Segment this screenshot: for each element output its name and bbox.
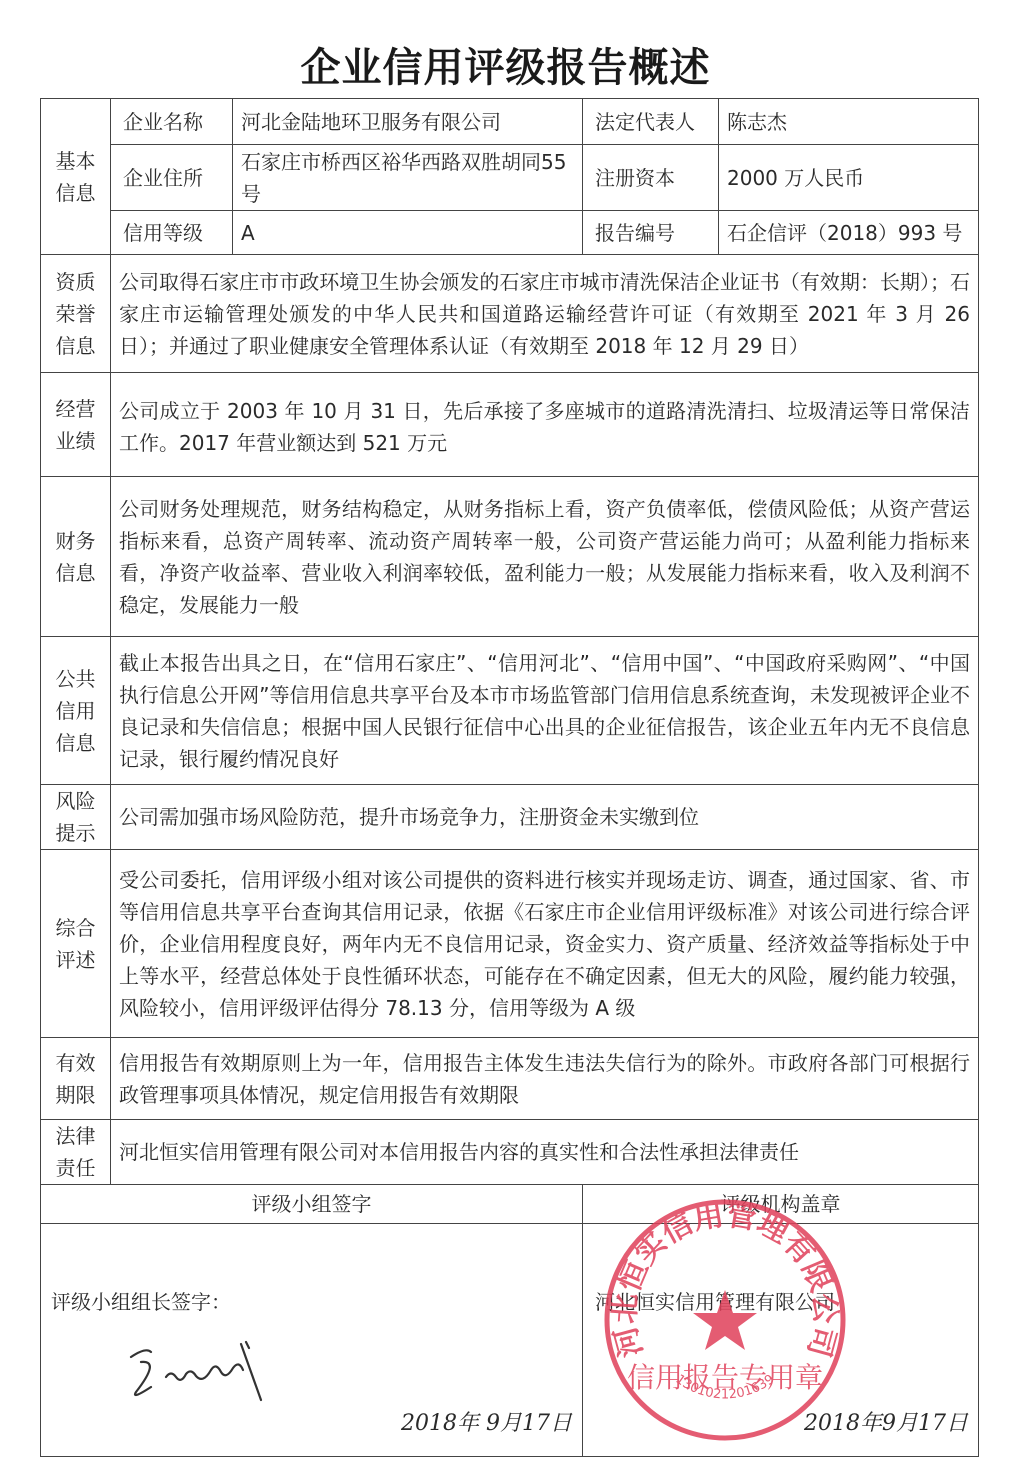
label-rating: 信用等级: [111, 211, 233, 255]
section-label-summary: 综合评述: [54, 912, 98, 976]
section-label-risk: 风险提示: [54, 785, 98, 849]
section-text-summary: 受公司委托，信用评级小组对该公司提供的资料进行核实并现场走访、调查，通过国家、省…: [111, 850, 979, 1038]
section-label-validity: 有效期限: [54, 1047, 98, 1111]
label-report-no: 报告编号: [583, 211, 719, 255]
section-text-financial: 公司财务处理规范，财务结构稳定，从财务指标上看，资产负债率低，偿债风险低；从资产…: [111, 477, 979, 637]
document-title: 企业信用评级报告概述: [0, 36, 1011, 93]
handwritten-signature-icon: [121, 1332, 291, 1402]
row-financial: 财务信息 公司财务处理规范，财务结构稳定，从财务指标上看，资产负债率低，偿债风险…: [41, 477, 979, 637]
section-label-basic: 基本信息: [41, 99, 111, 255]
section-text-legal: 河北恒实信用管理有限公司对本信用报告内容的真实性和合法性承担法律责任: [111, 1120, 979, 1185]
value-legal-rep: 陈志杰: [719, 99, 979, 145]
team-sign-date: 2018年 9月17日: [401, 1408, 572, 1440]
row-signatures: 评级小组组长签字： 2018年 9月17日 河北恒实信用管理有限公司 2018年…: [41, 1224, 979, 1457]
section-label-performance: 经营业绩: [54, 393, 98, 457]
row-summary: 综合评述 受公司委托，信用评级小组对该公司提供的资料进行核实并现场走访、调查，通…: [41, 850, 979, 1038]
label-capital: 注册资本: [583, 145, 719, 211]
value-rating: A: [233, 211, 583, 255]
label-company-name: 企业名称: [111, 99, 233, 145]
section-text-performance: 公司成立于 2003 年 10 月 31 日，先后承接了多座城市的道路清洗清扫、…: [111, 373, 979, 477]
value-report-no: 石企信评（2018）993 号: [719, 211, 979, 255]
row-rating: 信用等级 A 报告编号 石企信评（2018）993 号: [41, 211, 979, 255]
row-validity: 有效期限 信用报告有效期原则上为一年，信用报告主体发生违法失信行为的除外。市政府…: [41, 1038, 979, 1120]
value-company-name: 河北金陆地环卫服务有限公司: [233, 99, 583, 145]
section-text-public-credit: 截止本报告出具之日，在“信用石家庄”、“信用河北”、“信用中国”、“中国政府采购…: [111, 637, 979, 785]
label-legal-rep: 法定代表人: [583, 99, 719, 145]
section-label-legal: 法律责任: [54, 1120, 98, 1184]
value-address: 石家庄市桥西区裕华西路双胜胡同55号: [233, 145, 583, 211]
team-signature-cell: 评级小组组长签字： 2018年 9月17日: [41, 1224, 583, 1457]
row-performance: 经营业绩 公司成立于 2003 年 10 月 31 日，先后承接了多座城市的道路…: [41, 373, 979, 477]
section-label-qualification: 资质荣誉信息: [54, 266, 98, 362]
row-qualification: 资质荣誉信息 公司取得石家庄市市政环境卫生协会颁发的石家庄市城市清洗保洁企业证书…: [41, 255, 979, 373]
org-name: 河北恒实信用管理有限公司: [595, 1286, 835, 1318]
label-address: 企业住所: [111, 145, 233, 211]
org-seal-cell: 河北恒实信用管理有限公司 2018年9月17日: [583, 1224, 979, 1457]
section-text-validity: 信用报告有效期原则上为一年，信用报告主体发生违法失信行为的除外。市政府各部门可根…: [111, 1038, 979, 1120]
row-legal: 法律责任 河北恒实信用管理有限公司对本信用报告内容的真实性和合法性承担法律责任: [41, 1120, 979, 1185]
team-leader-label: 评级小组组长签字：: [51, 1286, 231, 1318]
row-public-credit: 公共信用信息 截止本报告出具之日，在“信用石家庄”、“信用河北”、“信用中国”、…: [41, 637, 979, 785]
section-label-financial: 财务信息: [54, 525, 98, 589]
org-sign-date: 2018年9月17日: [804, 1408, 968, 1440]
row-risk: 风险提示 公司需加强市场风险防范，提升市场竞争力，注册资金未实缴到位: [41, 785, 979, 850]
team-signature-header: 评级小组签字: [41, 1185, 583, 1224]
section-text-qualification: 公司取得石家庄市市政环境卫生协会颁发的石家庄市城市清洗保洁企业证书（有效期：长期…: [111, 255, 979, 373]
row-signature-headers: 评级小组签字 评级机构盖章: [41, 1185, 979, 1224]
report-table: 基本信息 企业名称 河北金陆地环卫服务有限公司 法定代表人 陈志杰 企业住所 石…: [40, 98, 979, 1457]
section-text-risk: 公司需加强市场风险防范，提升市场竞争力，注册资金未实缴到位: [111, 785, 979, 850]
row-company-name: 基本信息 企业名称 河北金陆地环卫服务有限公司 法定代表人 陈志杰: [41, 99, 979, 145]
row-address: 企业住所 石家庄市桥西区裕华西路双胜胡同55号 注册资本 2000 万人民币: [41, 145, 979, 211]
value-capital: 2000 万人民币: [719, 145, 979, 211]
org-seal-header: 评级机构盖章: [583, 1185, 979, 1224]
section-label-public-credit: 公共信用信息: [54, 663, 98, 759]
